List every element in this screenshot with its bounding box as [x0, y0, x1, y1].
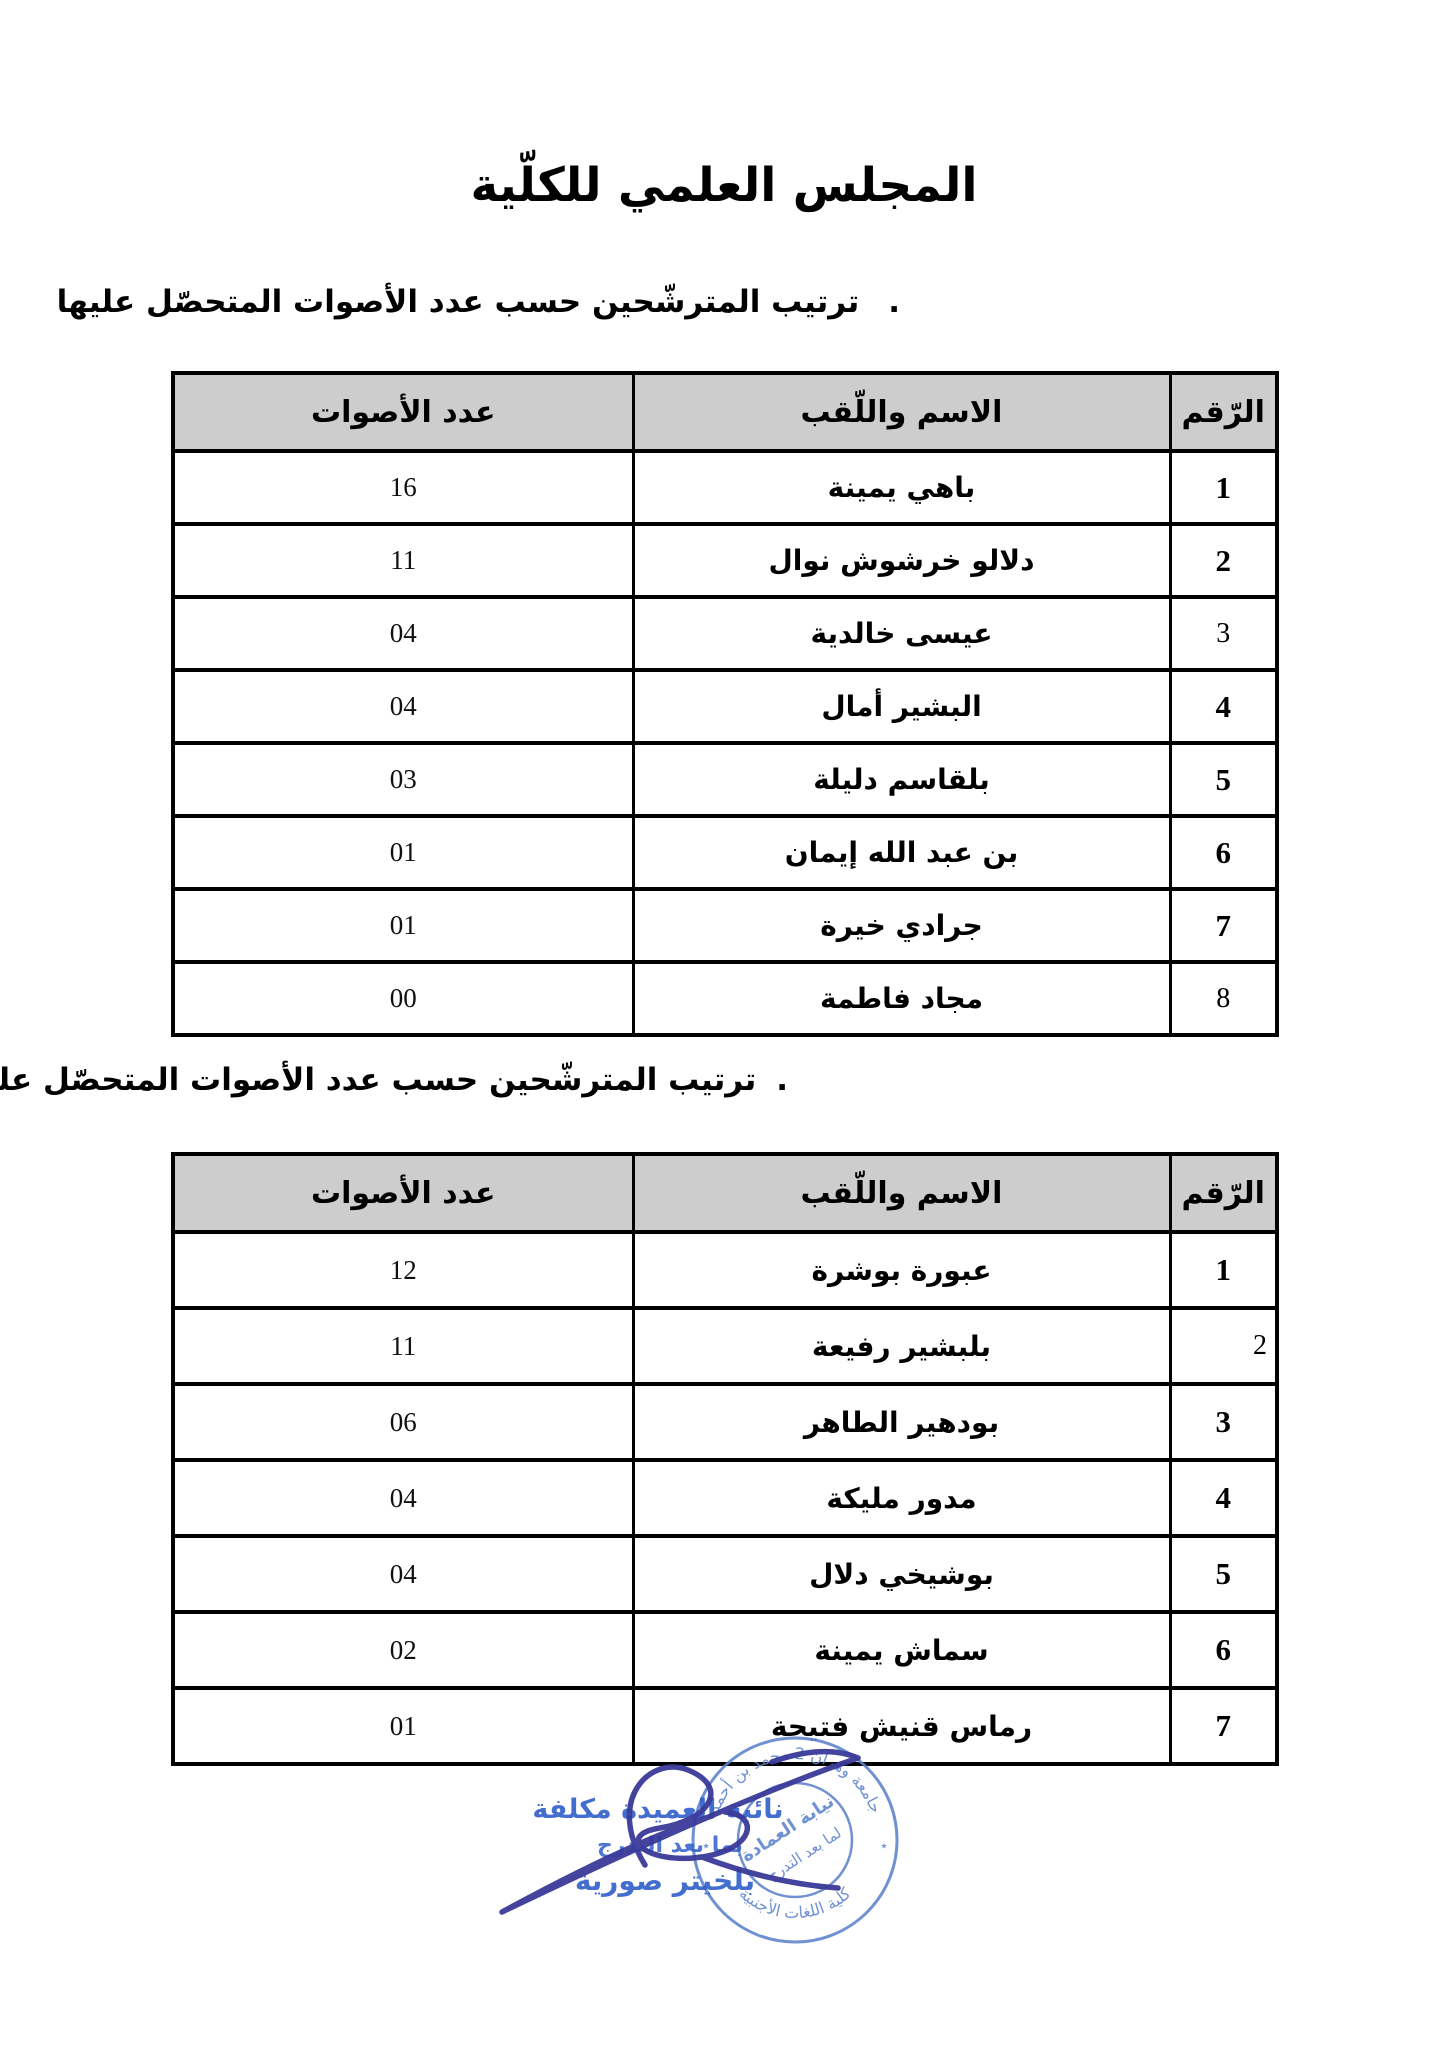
- name-cell: باهي يمينة: [633, 451, 1170, 524]
- name-cell: بودهير الطاهر: [633, 1384, 1170, 1460]
- table-header-row: الرّقم الاسم واللّقب عدد الأصوات: [173, 373, 1277, 451]
- header-rank: الرّقم: [1170, 373, 1277, 451]
- name-cell: بن عبد الله إيمان: [633, 816, 1170, 889]
- rank-cell: 3: [1170, 1384, 1277, 1460]
- rank-cell: 5: [1170, 743, 1277, 816]
- name-cell: عبورة بوشرة: [633, 1232, 1170, 1308]
- rank-cell: 7: [1170, 1688, 1277, 1764]
- list-bullet: .: [776, 1062, 788, 1098]
- rank-cell: 8: [1170, 962, 1277, 1035]
- table-row: 5 بلقاسم دليلة 03: [173, 743, 1277, 816]
- name-cell: بلبشير رفيعة: [633, 1308, 1170, 1384]
- table-row: 2 بلبشير رفيعة 11: [173, 1308, 1277, 1384]
- rank-cell: 6: [1170, 1612, 1277, 1688]
- table-row: 1 عبورة بوشرة 12: [173, 1232, 1277, 1308]
- list-bullet: .: [888, 284, 900, 320]
- header-votes: عدد الأصوات: [173, 373, 633, 451]
- table-row: 6 سماش يمينة 02: [173, 1612, 1277, 1688]
- name-cell: سماش يمينة: [633, 1612, 1170, 1688]
- table-row: 3 عيسى خالدية 04: [173, 597, 1277, 670]
- table-row: 4 مدور مليكة 04: [173, 1460, 1277, 1536]
- votes-cell: 06: [173, 1384, 633, 1460]
- rank-cell: 2: [1170, 524, 1277, 597]
- table-row: 7 جرادي خيرة 01: [173, 889, 1277, 962]
- rank-cell: 1: [1170, 451, 1277, 524]
- section1-heading: . ترتيب المترشّحين حسب عدد الأصوات المتح…: [57, 284, 900, 320]
- section2-heading-text: ترتيب المترشّحين حسب عدد الأصوات المتحصّ…: [0, 1062, 756, 1098]
- votes-cell: 02: [173, 1612, 633, 1688]
- table-row: 4 البشير أمال 04: [173, 670, 1277, 743]
- votes-cell: 16: [173, 451, 633, 524]
- header-rank: الرّقم: [1170, 1154, 1277, 1232]
- name-cell: دلالو خرشوش نوال: [633, 524, 1170, 597]
- rank-cell: 6: [1170, 816, 1277, 889]
- name-cell: جرادي خيرة: [633, 889, 1170, 962]
- name-cell: البشير أمال: [633, 670, 1170, 743]
- table-row: 1 باهي يمينة 16: [173, 451, 1277, 524]
- rank-cell: 4: [1170, 670, 1277, 743]
- rank-cell: 2: [1170, 1308, 1277, 1384]
- rank-cell: 1: [1170, 1232, 1277, 1308]
- table-row: 6 بن عبد الله إيمان 01: [173, 816, 1277, 889]
- rank-cell: 4: [1170, 1460, 1277, 1536]
- signature-stamp-area: جامعة وهران 2 محمد بن أحمد كلية اللغات ا…: [420, 1700, 1000, 2030]
- table-row: 3 بودهير الطاهر 06: [173, 1384, 1277, 1460]
- results-table-1: الرّقم الاسم واللّقب عدد الأصوات 1 باهي …: [171, 371, 1279, 1037]
- votes-cell: 03: [173, 743, 633, 816]
- header-votes: عدد الأصوات: [173, 1154, 633, 1232]
- votes-cell: 12: [173, 1232, 633, 1308]
- header-name: الاسم واللّقب: [633, 373, 1170, 451]
- votes-cell: 11: [173, 524, 633, 597]
- table-row: 2 دلالو خرشوش نوال 11: [173, 524, 1277, 597]
- results-table-2: الرّقم الاسم واللّقب عدد الأصوات 1 عبورة…: [171, 1152, 1279, 1766]
- votes-cell: 04: [173, 670, 633, 743]
- votes-cell: 01: [173, 889, 633, 962]
- votes-cell: 11: [173, 1308, 633, 1384]
- table-row: 8 مجاد فاطمة 00: [173, 962, 1277, 1035]
- section2-heading: . ترتيب المترشّحين حسب عدد الأصوات المتح…: [0, 1062, 788, 1098]
- page-title: المجلس العلمي للكلّية: [0, 158, 1448, 213]
- table-row: 5 بوشيخي دلال 04: [173, 1536, 1277, 1612]
- section1-heading-text: ترتيب المترشّحين حسب عدد الأصوات المتحصّ…: [57, 284, 860, 320]
- votes-cell: 01: [173, 816, 633, 889]
- votes-cell: 04: [173, 1460, 633, 1536]
- stamp-side-mark-right: ٭: [880, 1839, 887, 1854]
- rank-cell: 3: [1170, 597, 1277, 670]
- table-header-row: الرّقم الاسم واللّقب عدد الأصوات: [173, 1154, 1277, 1232]
- name-cell: بوشيخي دلال: [633, 1536, 1170, 1612]
- name-cell: عيسى خالدية: [633, 597, 1170, 670]
- name-cell: بلقاسم دليلة: [633, 743, 1170, 816]
- name-cell: مدور مليكة: [633, 1460, 1170, 1536]
- header-name: الاسم واللّقب: [633, 1154, 1170, 1232]
- scanned-document-page: { "page": { "title": "المجلس العلمي للكل…: [0, 0, 1448, 2048]
- votes-cell: 04: [173, 597, 633, 670]
- votes-cell: 04: [173, 1536, 633, 1612]
- rank-cell: 5: [1170, 1536, 1277, 1612]
- rank-cell: 7: [1170, 889, 1277, 962]
- name-cell: مجاد فاطمة: [633, 962, 1170, 1035]
- votes-cell: 00: [173, 962, 633, 1035]
